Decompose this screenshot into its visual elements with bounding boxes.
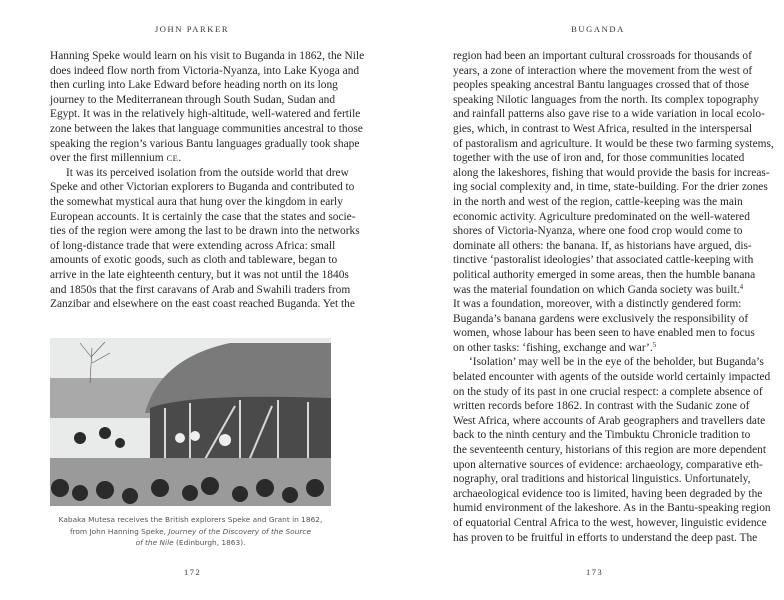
text-line: and 1850s that the first caravans of Ara…: [50, 283, 331, 298]
caption-book-title: Journey of the Discovery of the Source: [168, 527, 311, 536]
text-line: Speke and other Victorian explorers to B…: [50, 180, 331, 195]
text-line: was the material foundation on which Gan…: [453, 283, 734, 298]
caption-line: Kabaka Mutesa receives the British explo…: [50, 514, 331, 526]
text-line: tinctive ‘pastoralist ideologies’ that a…: [453, 253, 734, 268]
text-line: humid environment of the lakeshore. As i…: [453, 501, 734, 516]
left-page: JOHN PARKER Hanning Speke would learn on…: [0, 0, 392, 600]
text-line: dominate all others: the banana. If, as …: [453, 239, 734, 254]
text-line: Zanzibar and elsewhere on the east coast…: [50, 297, 331, 312]
text-fragment: on other tasks: ‘fishing, exchange and w…: [453, 342, 653, 354]
footnote-ref-5[interactable]: 5: [653, 341, 657, 349]
caption-fragment: (Edinburgh, 1863).: [174, 538, 246, 547]
text-line: back to the ninth century and the Timbuk…: [453, 428, 734, 443]
era-abbreviation: CE: [166, 153, 178, 163]
text-line: gies, which, in contrast to West Africa,…: [453, 122, 734, 137]
body-text-left: Hanning Speke would learn on his visit t…: [50, 49, 331, 312]
text-line: zone between the lakes that language com…: [50, 122, 331, 137]
text-line: shores of Victoria-Nyanza, where one foo…: [453, 224, 734, 239]
footnote-ref-4[interactable]: 4: [740, 283, 744, 291]
text-line: and rainfall patterns also gave rise to …: [453, 107, 734, 122]
text-line: has proven to be fruitful in efforts to …: [453, 531, 734, 546]
engraving-illustration: [50, 338, 331, 506]
text-line: of pastoralism and agriculture. It would…: [453, 137, 734, 152]
text-line: archaeological evidence too is limited, …: [453, 487, 734, 502]
paragraph-start-line: ‘Isolation’ may well be in the eye of th…: [453, 355, 734, 370]
caption-line: of the Nile (Edinburgh, 1863).: [50, 537, 331, 549]
text-line: ties of the region were among the last t…: [50, 224, 331, 239]
text-line: of long-distance trade that were extendi…: [50, 239, 331, 254]
page-number: 172: [184, 567, 201, 577]
caption-book-title: of the Nile: [136, 538, 174, 547]
caption-fragment: from John Hanning Speke,: [70, 527, 168, 536]
text-fragment: was the material foundation on which Gan…: [453, 284, 740, 296]
text-line: belated encounter with agents of the out…: [453, 370, 734, 385]
text-line: the seventeenth century, historians of t…: [453, 443, 734, 458]
running-head-title: BUGANDA: [402, 24, 784, 34]
text-line: Hanning Speke would learn on his visit t…: [50, 49, 331, 64]
text-line: upon alternative sources of evidence: ar…: [453, 458, 734, 473]
body-text-right: region had been an important cultural cr…: [453, 49, 734, 545]
text-line: the somewhat mystical aura that hung ove…: [50, 195, 331, 210]
text-line: speaking Nilotic languages from the nort…: [453, 93, 734, 108]
text-line: on other tasks: ‘fishing, exchange and w…: [453, 341, 734, 356]
text-line: West Africa, where accounts of Arab geog…: [453, 414, 734, 429]
text-line: arrive in the late eighteenth century, b…: [50, 268, 331, 283]
text-line: on the study of its past in one crucial …: [453, 385, 734, 400]
text-line: economic activity. Agriculture predomina…: [453, 210, 734, 225]
figure-caption: Kabaka Mutesa receives the British explo…: [50, 514, 331, 549]
text-line: does indeed flow north from Victoria-Nya…: [50, 64, 331, 79]
text-fragment: .: [178, 152, 181, 164]
text-line: in the north and west of the region, cat…: [453, 195, 734, 210]
text-line: journey to the Mediterranean through Sou…: [50, 93, 331, 108]
text-line: European accounts. It is certainly the c…: [50, 210, 331, 225]
engraving-image: [50, 338, 331, 506]
text-line: Buganda’s banana gardens were exclusivel…: [453, 312, 734, 327]
text-line: women, whose labour has been seen to hav…: [453, 326, 734, 341]
text-line: years, a zone of interaction where the m…: [453, 64, 734, 79]
text-line: nography, oral traditions and historical…: [453, 472, 734, 487]
paragraph-start-line: It was its perceived isolation from the …: [50, 166, 331, 181]
caption-line: from John Hanning Speke, Journey of the …: [50, 526, 331, 538]
text-line: then curling into Lake Edward before hea…: [50, 78, 331, 93]
page-number: 173: [586, 567, 603, 577]
running-head-author: JOHN PARKER: [0, 24, 388, 34]
text-line: political authority emerged in some area…: [453, 268, 734, 283]
text-line: over the first millennium CE.: [50, 151, 331, 166]
text-fragment: over the first millennium: [50, 152, 164, 164]
text-line: written records before 1862. In contrast…: [453, 399, 734, 414]
text-line: region had been an important cultural cr…: [453, 49, 734, 64]
text-line: amounts of exotic goods, such as cloth a…: [50, 253, 331, 268]
text-line: along the lakeshores, fishing that would…: [453, 166, 734, 181]
text-line: of equatorial Central Africa to the west…: [453, 516, 734, 531]
text-line: ing social complexity and, in time, stat…: [453, 180, 734, 195]
text-line: together with the use of iron and, for t…: [453, 151, 734, 166]
text-line: peoples speaking ancestral Bantu languag…: [453, 78, 734, 93]
text-line: It was a foundation, moreover, with a di…: [453, 297, 734, 312]
text-line: speaking the region’s various Bantu lang…: [50, 137, 331, 152]
text-line: Egypt. It was in the relatively high-alt…: [50, 107, 331, 122]
